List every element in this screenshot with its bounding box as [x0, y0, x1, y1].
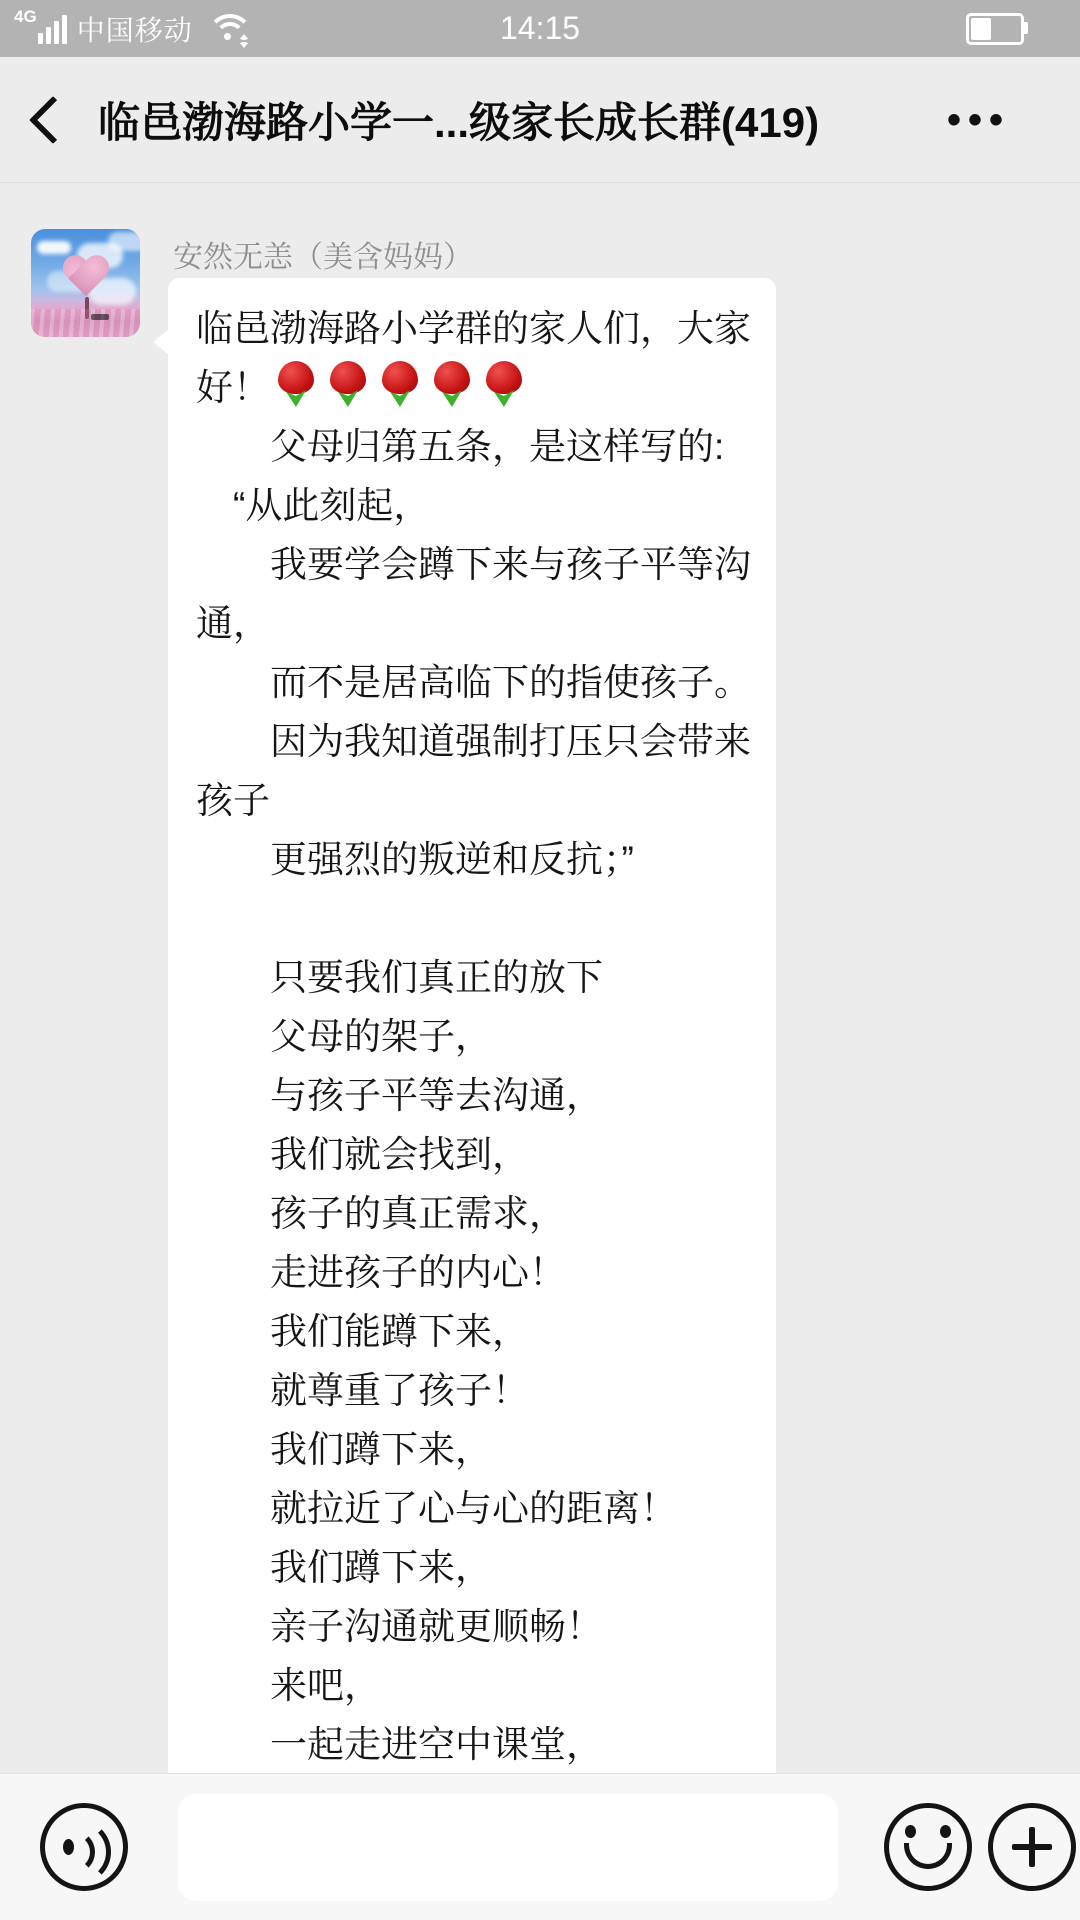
- message-line: 就尊重了孩子！: [196, 1361, 776, 1420]
- chevron-left-icon: [29, 95, 77, 143]
- clouds-art: [37, 241, 71, 254]
- message-line: 走进孩子的内心！: [196, 1243, 776, 1302]
- message-line: 就拉近了心与心的距离！: [196, 1479, 776, 1538]
- message-line: 来吧，: [196, 1656, 776, 1715]
- message-lines: 临邑渤海路小学群的家人们，大家好！ 父母归第五条，是这样写的: “从此刻起， 我…: [196, 299, 776, 1773]
- avatar[interactable]: [31, 229, 140, 337]
- sender-name: 安然无恙（美含妈妈）: [173, 232, 473, 276]
- more-menu-button[interactable]: •••: [947, 100, 1010, 140]
- message-line: 而不是居高临下的指使孩子。: [196, 653, 776, 712]
- message-line: “从此刻起，: [196, 476, 776, 535]
- nav-bar: 临邑渤海路小学一...级家长成长群(419) •••: [0, 57, 1080, 183]
- message-line: 只要我们真正的放下: [196, 948, 776, 1007]
- message-line: 我们就会找到，: [196, 1125, 776, 1184]
- chat-area: 安然无恙（美含妈妈） 临邑渤海路小学群的家人们，大家好！ 父母归第五条，是这样写…: [0, 184, 1080, 1773]
- clock-label: 14:15: [0, 10, 1080, 47]
- rose-emoji: [483, 360, 525, 408]
- message-line: 父母归第五条，是这样写的:: [196, 417, 776, 476]
- message-line: 与孩子平等去沟通，: [196, 1066, 776, 1125]
- rose-emoji: [327, 360, 369, 408]
- message-line: 临邑渤海路小学群的家人们，大家: [196, 299, 776, 358]
- message-input[interactable]: [178, 1794, 838, 1901]
- message-line: 通，: [196, 594, 776, 653]
- emoji-button[interactable]: [884, 1803, 972, 1891]
- bubble-tail: [153, 328, 170, 356]
- message-line: 亲子沟通就更顺畅！: [196, 1597, 776, 1656]
- message-line: 我要学会蹲下来与孩子平等沟: [196, 535, 776, 594]
- rose-emoji: [431, 360, 473, 408]
- message-line: 好！: [196, 358, 776, 417]
- message-bubble[interactable]: 临邑渤海路小学群的家人们，大家好！ 父母归第五条，是这样写的: “从此刻起， 我…: [168, 278, 776, 1773]
- message-line: 孩子的真正需求，: [196, 1184, 776, 1243]
- rose-emoji: [379, 360, 421, 408]
- message-line: 一起走进空中课堂，: [196, 1715, 776, 1773]
- message-line: 孩子: [196, 771, 776, 830]
- input-bar: [0, 1773, 1080, 1920]
- battery-icon: [966, 13, 1024, 45]
- status-bar: 4G 中国移动 14:15: [0, 0, 1080, 57]
- battery-fill: [971, 18, 991, 40]
- message-line: 父母的架子，: [196, 1007, 776, 1066]
- message-line: 我们蹲下来，: [196, 1538, 776, 1597]
- message-line: 我们能蹲下来，: [196, 1302, 776, 1361]
- heart-tree-art: [61, 256, 111, 301]
- message-line: 因为我知道强制打压只会带来: [196, 712, 776, 771]
- voice-button[interactable]: [40, 1803, 128, 1891]
- back-button[interactable]: [28, 90, 84, 150]
- smiley-icon: [904, 1843, 952, 1869]
- chat-title: 临邑渤海路小学一...级家长成长群(419): [98, 90, 819, 150]
- message-line: 更强烈的叛逆和反抗；”: [196, 830, 776, 889]
- message-line: [196, 889, 776, 948]
- plus-button[interactable]: [988, 1803, 1076, 1891]
- message-line: 我们蹲下来，: [196, 1420, 776, 1479]
- rose-emoji: [275, 360, 317, 408]
